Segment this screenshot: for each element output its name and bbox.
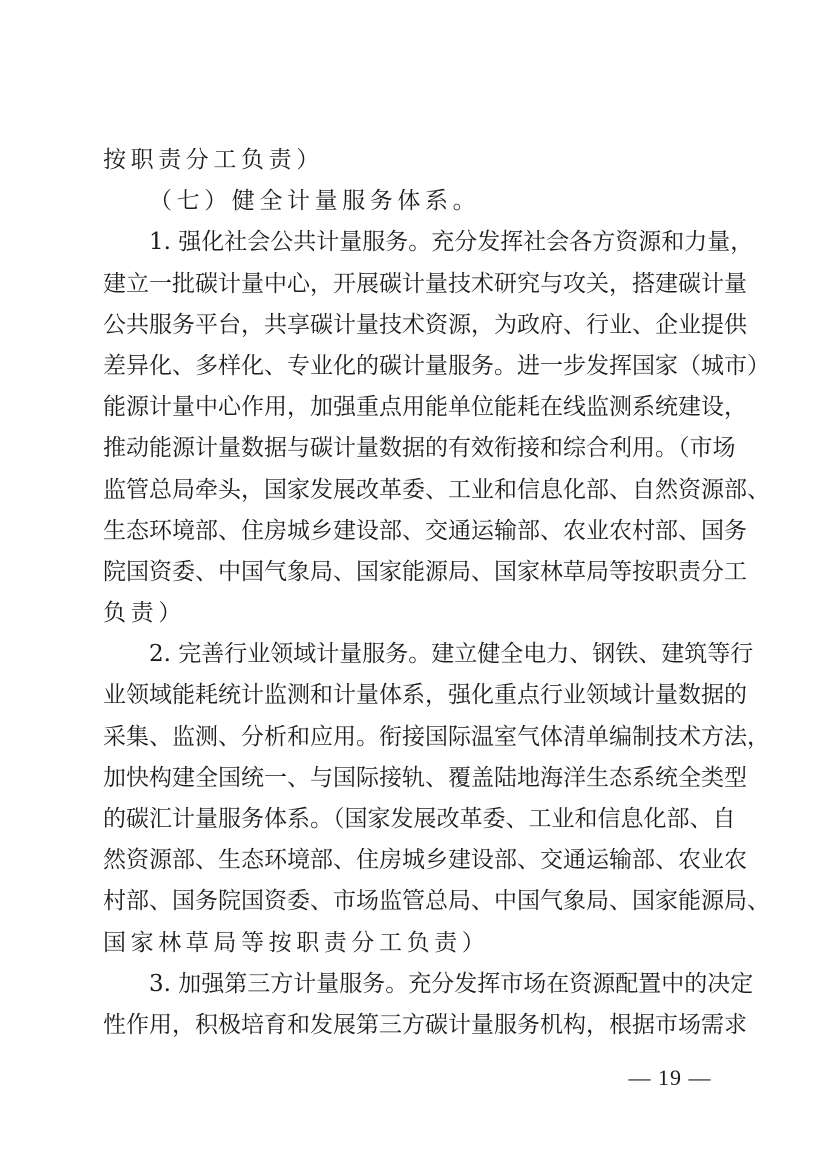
item-2-line: 加快构建全国统一、与国际接轨、覆盖陆地海洋生态系统全类型 [103, 758, 715, 799]
item-1-line: 推动能源计量数据与碳计量数据的有效衔接和综合利用。（市场 [103, 428, 715, 469]
section-heading-7: （七）健全计量服务体系。 [103, 181, 715, 222]
item-1-line: 能源计量中心作用，加强重点用能单位能耗在线监测系统建设， [103, 387, 715, 428]
item-1-line: 监管总局牵头，国家发展改革委、工业和信息化部、自然资源部、 [103, 470, 715, 511]
item-2-line: 采集、监测、分析和应用。衔接国际温室气体清单编制技术方法， [103, 717, 715, 758]
item-3-line: 性作用，积极培育和发展第三方碳计量服务机构，根据市场需求 [103, 1005, 715, 1046]
item-2-line: 然资源部、生态环境部、住房城乡建设部、交通运输部、农业农 [103, 840, 715, 881]
item-1-line: 建立一批碳计量中心，开展碳计量技术研究与攻关，搭建碳计量 [103, 264, 715, 305]
item-2-line: 村部、国务院国资委、市场监管总局、中国气象局、国家能源局、 [103, 881, 715, 922]
text-line: 按职责分工负责） [103, 140, 715, 181]
item-1-line: 负责） [103, 593, 715, 634]
item-2-line: 2. 完善行业领域计量服务。建立健全电力、钢铁、建筑等行 [103, 634, 715, 675]
item-1-line: 生态环境部、住房城乡建设部、交通运输部、农业农村部、国务 [103, 511, 715, 552]
item-1-line: 院国资委、中国气象局、国家能源局、国家林草局等按职责分工 [103, 552, 715, 593]
document-page: 按职责分工负责） （七）健全计量服务体系。 1. 强化社会公共计量服务。充分发挥… [0, 0, 826, 1169]
item-1-line: 1. 强化社会公共计量服务。充分发挥社会各方资源和力量， [103, 222, 715, 263]
page-number: — 19 — [620, 1064, 720, 1092]
item-2-line: 业领域能耗统计监测和计量体系，强化重点行业领域计量数据的 [103, 675, 715, 716]
body-text: 按职责分工负责） （七）健全计量服务体系。 1. 强化社会公共计量服务。充分发挥… [103, 140, 715, 1046]
item-2-line: 的碳汇计量服务体系。（国家发展改革委、工业和信息化部、自 [103, 799, 715, 840]
item-1-line: 公共服务平台，共享碳计量技术资源，为政府、行业、企业提供 [103, 305, 715, 346]
item-2-line: 国家林草局等按职责分工负责） [103, 923, 715, 964]
item-1-line: 差异化、多样化、专业化的碳计量服务。进一步发挥国家（城市） [103, 346, 715, 387]
item-3-line: 3. 加强第三方计量服务。充分发挥市场在资源配置中的决定 [103, 964, 715, 1005]
